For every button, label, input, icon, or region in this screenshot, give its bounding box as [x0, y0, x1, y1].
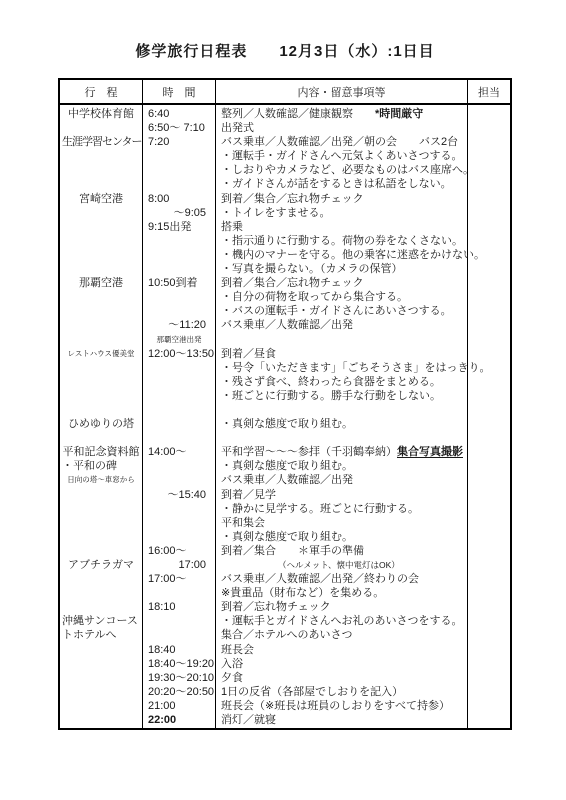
- content-line: 班長会（※班長は班員のしおりをすべて持参）: [216, 699, 467, 713]
- table-body: 中学校体育館生涯学習センター宮崎空港那覇空港レストハウス優美堂ひめゆりの塔平和記…: [60, 105, 510, 728]
- itinerary-line: 沖縄サンコース: [60, 614, 142, 628]
- time-line: [143, 304, 215, 318]
- itinerary-line: レストハウス優美堂: [60, 347, 142, 361]
- time-line: 9:15出発: [143, 220, 215, 234]
- itinerary-line: [60, 657, 142, 671]
- itinerary-line: [60, 361, 142, 375]
- itinerary-line: [60, 685, 142, 699]
- itinerary-line: [60, 572, 142, 586]
- header-itinerary: 行 程: [60, 80, 143, 103]
- time-line: ～15:40: [143, 488, 215, 502]
- time-line: [143, 417, 215, 431]
- content-line: ・バスの運転手・ガイドさんにあいさつする。: [216, 304, 467, 318]
- content-line: 到着／集合／忘れ物チェック: [216, 276, 467, 290]
- itinerary-line: [60, 643, 142, 657]
- time-line: [143, 459, 215, 473]
- time-line: 10:50到着: [143, 276, 215, 290]
- time-line: 20:20～20:50: [143, 685, 215, 699]
- itinerary-line: 那覇空港: [60, 276, 142, 290]
- page-title: 修学旅行日程表 12月3日（水）:1日目: [58, 40, 512, 61]
- itinerary-line: [60, 713, 142, 727]
- content-line: ・自分の荷物を取ってから集合する。: [216, 290, 467, 304]
- content-line: 出発式: [216, 121, 467, 135]
- itinerary-line: [60, 248, 142, 262]
- time-line: 19:30～20:10: [143, 671, 215, 685]
- itinerary-line: [60, 431, 142, 445]
- time-line: [143, 586, 215, 600]
- content-line: 平和集会: [216, 516, 467, 530]
- time-line: [143, 614, 215, 628]
- header-tanto: 担当: [468, 80, 510, 103]
- itinerary-line: [60, 488, 142, 502]
- itinerary-line: [60, 177, 142, 191]
- itinerary-line: ひめゆりの塔: [60, 417, 142, 431]
- content-line: ・真剣な態度で取り組む。: [216, 417, 467, 431]
- time-line: ～9:05: [143, 206, 215, 220]
- text-segment: *時間厳守: [375, 108, 423, 120]
- content-column: 整列／人数確認／健康観察 *時間厳守出発式バス乗車／人数確認／出発／朝の会 バス…: [216, 105, 468, 728]
- content-line: バス乗車／人数確認／出発／朝の会 バス2台: [216, 135, 467, 149]
- text-segment: 整列／人数確認／健康観察: [221, 108, 375, 120]
- content-line: 到着／忘れ物チェック: [216, 600, 467, 614]
- itinerary-line: [60, 304, 142, 318]
- time-line: 14:00～: [143, 445, 215, 459]
- content-line: 到着／集合 ＊軍手の準備: [216, 544, 467, 558]
- content-line: ・機内のマナーを守る。他の乗客に迷惑をかけない。: [216, 248, 467, 262]
- time-line: [143, 248, 215, 262]
- time-line: [143, 163, 215, 177]
- itinerary-line: [60, 516, 142, 530]
- itinerary-line: [60, 121, 142, 135]
- content-line: バス乗車／人数確認／出発: [216, 318, 467, 332]
- content-line: 班長会: [216, 643, 467, 657]
- time-line: 7:20: [143, 135, 215, 149]
- itinerary-line: [60, 163, 142, 177]
- content-line: ・ガイドさんが話をするときは私語をしない。: [216, 177, 467, 191]
- itinerary-line: ・平和の碑: [60, 459, 142, 473]
- time-line: 17:00: [143, 558, 215, 572]
- header-content: 内容・留意事項等: [216, 80, 468, 103]
- tanto-column: [468, 105, 510, 728]
- content-line: [216, 333, 467, 347]
- time-line: [143, 149, 215, 163]
- content-line: ・トイレをすませる。: [216, 206, 467, 220]
- itinerary-line: [60, 586, 142, 600]
- content-line: ・指示通りに行動する。荷物の券をなくさない。: [216, 234, 467, 248]
- content-line: ・班ごとに行動する。勝手な行動をしない。: [216, 389, 467, 403]
- time-line: 18:40～19:20: [143, 657, 215, 671]
- time-line: 21:00: [143, 699, 215, 713]
- content-line: ・残さず食べ、終わったら食器をまとめる。: [216, 375, 467, 389]
- content-line: 到着／集合／忘れ物チェック: [216, 192, 467, 206]
- content-line: [216, 431, 467, 445]
- itinerary-line: 日向の塔～車窓から: [60, 473, 142, 487]
- content-line: 到着／昼食: [216, 347, 467, 361]
- content-line: ・写真を撮らない。（カメラの保管）: [216, 262, 467, 276]
- itinerary-line: [60, 220, 142, 234]
- content-line: ※貴重品（財布など）を集める。: [216, 586, 467, 600]
- itinerary-line: [60, 389, 142, 403]
- content-line: 平和学習～～～参拝（千羽鶴奉納）集合写真撮影: [216, 445, 467, 459]
- itinerary-column: 中学校体育館生涯学習センター宮崎空港那覇空港レストハウス優美堂ひめゆりの塔平和記…: [60, 105, 143, 728]
- content-line: 入浴: [216, 657, 467, 671]
- itinerary-line: [60, 333, 142, 347]
- text-segment: 平和学習～～～参拝（千羽鶴奉納）: [221, 446, 397, 458]
- content-line: ・静かに見学する。班ごとに行動する。: [216, 502, 467, 516]
- itinerary-line: [60, 234, 142, 248]
- content-line: ・真剣な態度で取り組む。: [216, 530, 467, 544]
- time-line: 18:40: [143, 643, 215, 657]
- time-line: 17:00～: [143, 572, 215, 586]
- content-line: 到着／見学: [216, 488, 467, 502]
- time-line: [143, 361, 215, 375]
- itinerary-line: [60, 375, 142, 389]
- time-line: [143, 262, 215, 276]
- text-segment: 集合写真撮影: [397, 446, 463, 458]
- time-line: [143, 290, 215, 304]
- time-line: [143, 403, 215, 417]
- content-line: 夕食: [216, 671, 467, 685]
- itinerary-line: [60, 206, 142, 220]
- time-line: 16:00～: [143, 544, 215, 558]
- itinerary-line: 平和記念資料館: [60, 445, 142, 459]
- time-line: [143, 530, 215, 544]
- time-line: [143, 177, 215, 191]
- itinerary-line: 生涯学習センター: [60, 135, 142, 149]
- content-line: 整列／人数確認／健康観察 *時間厳守: [216, 107, 467, 121]
- schedule-table: 行 程 時 間 内容・留意事項等 担当 中学校体育館生涯学習センター宮崎空港那覇…: [58, 78, 512, 730]
- time-line: 8:00: [143, 192, 215, 206]
- time-line: 6:40: [143, 107, 215, 121]
- time-line: [143, 431, 215, 445]
- content-line: ・真剣な態度で取り組む。: [216, 459, 467, 473]
- content-line: ・しおりやカメラなど、必要なものはバス座席へ。: [216, 163, 467, 177]
- time-line: [143, 375, 215, 389]
- itinerary-line: [60, 262, 142, 276]
- time-line: 6:50～ 7:10: [143, 121, 215, 135]
- itinerary-line: [60, 149, 142, 163]
- itinerary-line: [60, 544, 142, 558]
- time-line: 12:00～13:50: [143, 347, 215, 361]
- content-line: ・運転手とガイドさんへお礼のあいさつをする。: [216, 614, 467, 628]
- time-line: [143, 502, 215, 516]
- itinerary-line: [60, 403, 142, 417]
- time-line: 那覇空港出発: [143, 333, 215, 347]
- table-header-row: 行 程 時 間 内容・留意事項等 担当: [60, 80, 510, 105]
- time-column: 6:406:50～ 7:107:208:00～9:059:15出発10:50到着…: [143, 105, 216, 728]
- itinerary-line: [60, 318, 142, 332]
- time-line: [143, 628, 215, 642]
- content-line: バス乗車／人数確認／出発: [216, 473, 467, 487]
- content-line: （ヘルメット、懐中電灯はOK）: [216, 558, 467, 572]
- content-line: [216, 403, 467, 417]
- itinerary-line: トホテルへ: [60, 628, 142, 642]
- content-line: ・運転手・ガイドさんへ元気よくあいさつする。: [216, 149, 467, 163]
- time-line: [143, 516, 215, 530]
- itinerary-line: [60, 530, 142, 544]
- itinerary-line: [60, 671, 142, 685]
- content-line: 消灯／就寝: [216, 713, 467, 727]
- content-line: 1日の反省（各部屋でしおりを記入）: [216, 685, 467, 699]
- content-line: 搭乗: [216, 220, 467, 234]
- itinerary-line: アブチラガマ: [60, 558, 142, 572]
- time-line: [143, 473, 215, 487]
- itinerary-line: [60, 290, 142, 304]
- time-line: [143, 389, 215, 403]
- itinerary-line: [60, 600, 142, 614]
- time-line: ～11:20: [143, 318, 215, 332]
- content-line: バス乗車／人数確認／出発／終わりの会: [216, 572, 467, 586]
- header-time: 時 間: [143, 80, 216, 103]
- itinerary-line: 宮崎空港: [60, 192, 142, 206]
- content-line: ・号令「いただきます」「ごちそうさま」をはっきり。: [216, 361, 467, 375]
- itinerary-line: [60, 699, 142, 713]
- itinerary-line: [60, 502, 142, 516]
- time-line: [143, 234, 215, 248]
- content-line: 集合／ホテルへのあいさつ: [216, 628, 467, 642]
- time-line: 18:10: [143, 600, 215, 614]
- time-line: 22:00: [143, 713, 215, 727]
- itinerary-line: 中学校体育館: [60, 107, 142, 121]
